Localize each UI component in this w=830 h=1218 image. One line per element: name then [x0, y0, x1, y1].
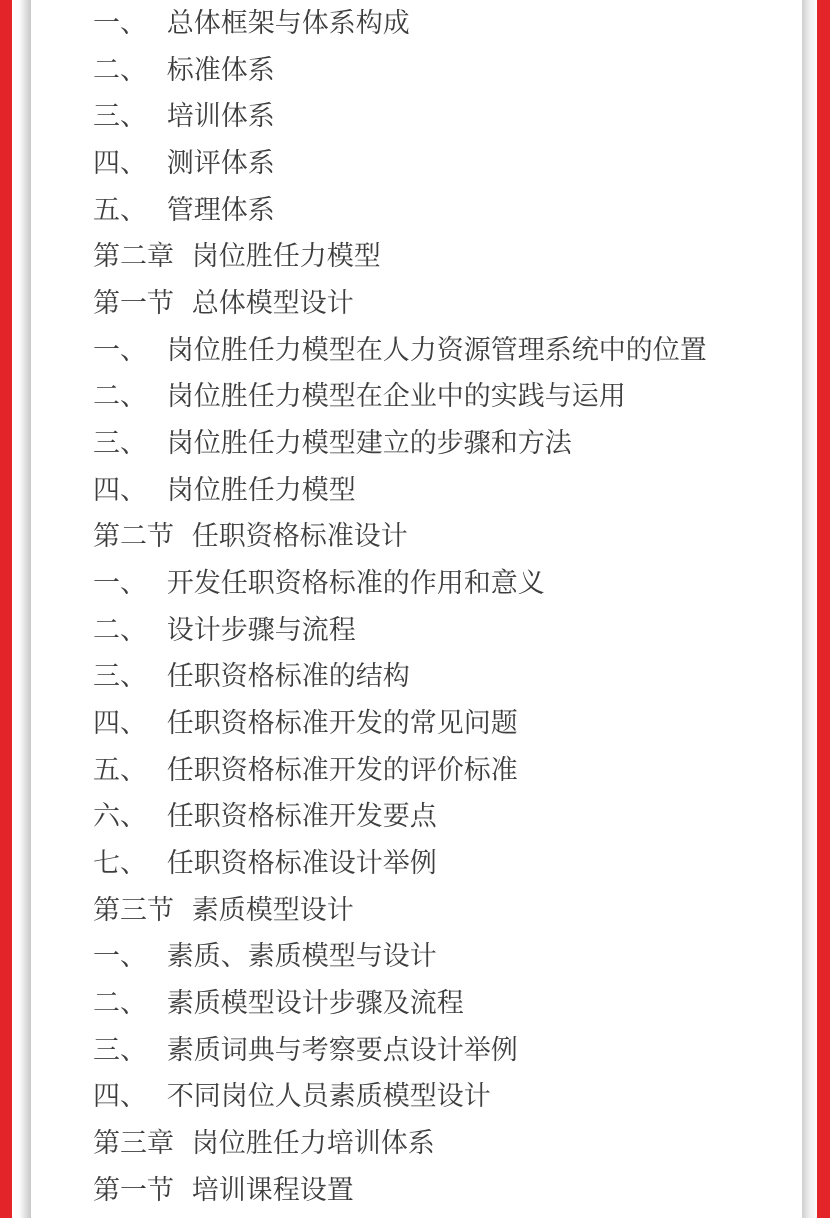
toc-line-marker: 一、	[93, 327, 160, 374]
toc-line-marker: 第一节	[93, 280, 185, 327]
toc-line-item: 六、 任职资格标准开发要点	[93, 793, 793, 840]
toc-line-marker: 六、	[93, 793, 160, 840]
toc-line-text: 任职资格标准的结构	[167, 653, 410, 700]
toc-line-marker: 一、	[93, 0, 160, 47]
toc-line-text: 岗位胜任力模型	[167, 467, 356, 514]
toc-line-text: 素质词典与考察要点设计举例	[167, 1027, 518, 1074]
toc-line-marker: 二、	[93, 373, 160, 420]
toc-line-text: 培训体系	[167, 93, 275, 140]
toc-line-text: 不同岗位人员素质模型设计	[167, 1073, 491, 1120]
toc-line-text: 总体模型设计	[192, 280, 354, 327]
toc-line-text: 开发任职资格标准的作用和意义	[167, 560, 545, 607]
toc-line-item: 一、 岗位胜任力模型在人力资源管理系统中的位置	[93, 327, 793, 374]
toc-line-text: 岗位胜任力模型建立的步骤和方法	[167, 420, 572, 467]
toc-line-text: 培训课程设置	[192, 1167, 354, 1214]
toc-line-text: 岗位胜任力模型	[192, 233, 381, 280]
toc-line-marker: 第三节	[93, 887, 185, 934]
toc-line-marker: 五、	[93, 747, 160, 794]
ebook-page: { "page": { "background_color": "#e32529…	[0, 0, 830, 1218]
toc-line-marker: 四、	[93, 700, 160, 747]
toc-line-marker: 三、	[93, 653, 160, 700]
toc-line-text: 任职资格标准开发要点	[167, 793, 437, 840]
toc-line-text: 任职资格标准设计	[192, 513, 408, 560]
toc-line-text: 岗位胜任力模型在人力资源管理系统中的位置	[167, 327, 707, 374]
table-of-contents: 一、 总体框架与体系构成 二、 标准体系 三、 培训体系 四、 测评体系 五、 …	[93, 0, 793, 1213]
toc-line-text: 总体框架与体系构成	[167, 0, 410, 47]
toc-line-text: 任职资格标准开发的常见问题	[167, 700, 518, 747]
toc-line-marker: 三、	[93, 93, 160, 140]
toc-line-chapter: 第三章 岗位胜任力培训体系	[93, 1120, 793, 1167]
toc-line-marker: 三、	[93, 1027, 160, 1074]
toc-line-chapter: 第二章 岗位胜任力模型	[93, 233, 793, 280]
toc-line-item: 二、 岗位胜任力模型在企业中的实践与运用	[93, 373, 793, 420]
toc-line-marker: 三、	[93, 420, 160, 467]
toc-line-marker: 四、	[93, 1073, 160, 1120]
toc-line-section: 第一节 总体模型设计	[93, 280, 793, 327]
toc-line-item: 四、 不同岗位人员素质模型设计	[93, 1073, 793, 1120]
toc-line-item: 三、 培训体系	[93, 93, 793, 140]
toc-line-marker: 五、	[93, 187, 160, 234]
toc-line-item: 三、 素质词典与考察要点设计举例	[93, 1027, 793, 1074]
page-right-shadow	[802, 0, 817, 1218]
toc-line-text: 设计步骤与流程	[167, 607, 356, 654]
toc-line-marker: 七、	[93, 840, 160, 887]
toc-line-section: 第三节 素质模型设计	[93, 887, 793, 934]
toc-line-text: 标准体系	[167, 47, 275, 94]
toc-line-text: 素质模型设计步骤及流程	[167, 980, 464, 1027]
toc-line-item: 三、 任职资格标准的结构	[93, 653, 793, 700]
document-page: 一、 总体框架与体系构成 二、 标准体系 三、 培训体系 四、 测评体系 五、 …	[12, 0, 817, 1218]
toc-line-item: 三、 岗位胜任力模型建立的步骤和方法	[93, 420, 793, 467]
toc-line-item: 四、 测评体系	[93, 140, 793, 187]
toc-line-item: 四、 岗位胜任力模型	[93, 467, 793, 514]
toc-line-item: 四、 任职资格标准开发的常见问题	[93, 700, 793, 747]
toc-line-item: 二、 标准体系	[93, 47, 793, 94]
toc-line-marker: 四、	[93, 467, 160, 514]
toc-line-section: 第一节 培训课程设置	[93, 1167, 793, 1214]
toc-line-marker: 第二章	[93, 233, 185, 280]
toc-line-marker: 二、	[93, 47, 160, 94]
toc-line-text: 任职资格标准设计举例	[167, 840, 437, 887]
toc-line-text: 素质模型设计	[192, 887, 354, 934]
toc-line-item: 五、 任职资格标准开发的评价标准	[93, 747, 793, 794]
toc-line-text: 测评体系	[167, 140, 275, 187]
toc-line-item: 五、 管理体系	[93, 187, 793, 234]
toc-line-item: 一、 素质、素质模型与设计	[93, 933, 793, 980]
toc-line-text: 管理体系	[167, 187, 275, 234]
toc-line-marker: 第二节	[93, 513, 185, 560]
toc-line-item: 一、 开发任职资格标准的作用和意义	[93, 560, 793, 607]
toc-line-item: 二、 素质模型设计步骤及流程	[93, 980, 793, 1027]
toc-line-marker: 二、	[93, 980, 160, 1027]
toc-line-marker: 第三章	[93, 1120, 185, 1167]
toc-line-marker: 一、	[93, 560, 160, 607]
toc-line-marker: 第一节	[93, 1167, 185, 1214]
toc-line-item: 二、 设计步骤与流程	[93, 607, 793, 654]
toc-line-text: 素质、素质模型与设计	[167, 933, 437, 980]
toc-line-marker: 一、	[93, 933, 160, 980]
toc-line-marker: 四、	[93, 140, 160, 187]
toc-line-text: 岗位胜任力培训体系	[192, 1120, 435, 1167]
page-left-shadow	[12, 0, 31, 1218]
toc-line-item: 一、 总体框架与体系构成	[93, 0, 793, 47]
toc-line-marker: 二、	[93, 607, 160, 654]
toc-line-text: 岗位胜任力模型在企业中的实践与运用	[167, 373, 626, 420]
toc-line-item: 七、 任职资格标准设计举例	[93, 840, 793, 887]
toc-line-section: 第二节 任职资格标准设计	[93, 513, 793, 560]
toc-line-text: 任职资格标准开发的评价标准	[167, 747, 518, 794]
